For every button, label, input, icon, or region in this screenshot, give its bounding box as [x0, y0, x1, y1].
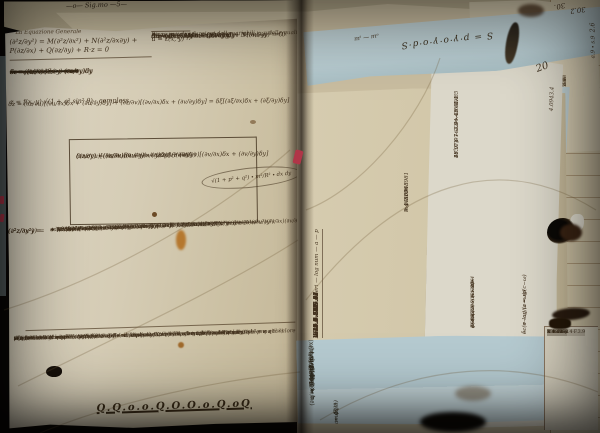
corner-table-row: − 9.2382: [547, 329, 568, 336]
angle-computation: 47.9′ + 163.9 − 36·1.438°.11′ − 22 = 48′…: [452, 58, 488, 158]
flourish-doodle: Q.Q.o.o.Q.O.O.o.Q.oQ: [96, 398, 252, 414]
general-equation: (∂²z/∂y²) = M(∂²z/∂x²) + N(∂²z/∂x∂y) + P…: [9, 36, 151, 55]
fraction-computation: (2.485/206) ∙ 1.2064.3382 − 206 ∙ 97∙4R∙…: [468, 262, 516, 328]
manuscript-scan: —o— Sig.mo —5— La Equazione Generale (∂²…: [0, 0, 600, 433]
log-computation: log 9.5748981 7.4480943 = 2.3186: [402, 118, 436, 212]
red-edge-mark: [0, 196, 4, 204]
corner-number: 2.6: [589, 23, 596, 33]
rotated-formula-token: φ″: [327, 400, 345, 424]
angle-computation-lines: 47.9′ + 163.9 − 36·1.438°.11′ − 22 = 48′…: [452, 58, 488, 158]
blue-formula-sheet: s′ = −2/3(∂u/∂x)(∂z/∂u) · (∂φ/∂x)φ′ = (∂…: [296, 333, 570, 427]
computation-line: φ(a)/φ(ω) − (ω−a): [468, 282, 479, 328]
equation-line: δz = (∂z/∂x)δx + (∂z/∂y)δy: [10, 65, 93, 79]
fraction-computation-lines: (2.485/206) ∙ 1.2064.3382 − 206 ∙ 97∙4R∙…: [468, 262, 516, 328]
left-column-equations: θz ≡ (∂z/∂x)·(∂z/∂y) ≡≡≡dz = (∂z/∂x)dx +…: [10, 64, 160, 66]
sideways-number: 4.0943.4: [549, 87, 556, 112]
corner-table: nᵗ tavoleR.4878·b.4·F.3.913ᵗR + 38·γ= 3.…: [544, 326, 598, 430]
rotated-formula-token: = (1/m)(1+s²): [302, 340, 321, 404]
computation-line: = 2.3186: [402, 186, 412, 212]
log-computation-lines: log 9.5748981 7.4480943 = 2.3186: [402, 118, 436, 212]
rotated-log-formula: δz = log (a−ω)/(c−ω)− (a−ω)/ω = sp: [520, 252, 546, 334]
margin-derivative-labels: (∂²z/∂x²) =(∂²z/∂y²) =(∂²z/∂x·y) =: [8, 217, 54, 218]
rotated-formula-lines: δz = log (a−ω)/(c−ω)− (a−ω)/ω = sp: [520, 252, 546, 334]
boxed-equation-line: (∂z/∂y) = (∂z/∂u)(∂u/∂y) + (∂z/∂v)(∂v/∂y…: [76, 142, 196, 169]
left-edge-sheet-sliver: [0, 56, 6, 296]
right-column-equations: Siano u, v due funzioni delle variabili …: [151, 29, 297, 31]
formula-line: − (a−ω)/ω = sp: [520, 290, 531, 334]
margin-label: (∂²z/∂x·y) =: [8, 218, 45, 245]
left-page: La Equazione Generale (∂²z/∂y²) = M(∂²z/…: [3, 18, 305, 430]
inverted-note: S = p·γ·o·γ·o·d·S: [400, 30, 493, 50]
equation-line: du = (∂u/∂x)dx + (∂u/∂y)dy: [151, 30, 235, 42]
underline-rule: [10, 56, 152, 60]
corner-number: a.9 ∙ s.9: [590, 36, 596, 59]
computation-line: 16.07,97 — 44.4 · 44.1: [452, 96, 463, 158]
p-value: 0.213: [312, 304, 322, 338]
